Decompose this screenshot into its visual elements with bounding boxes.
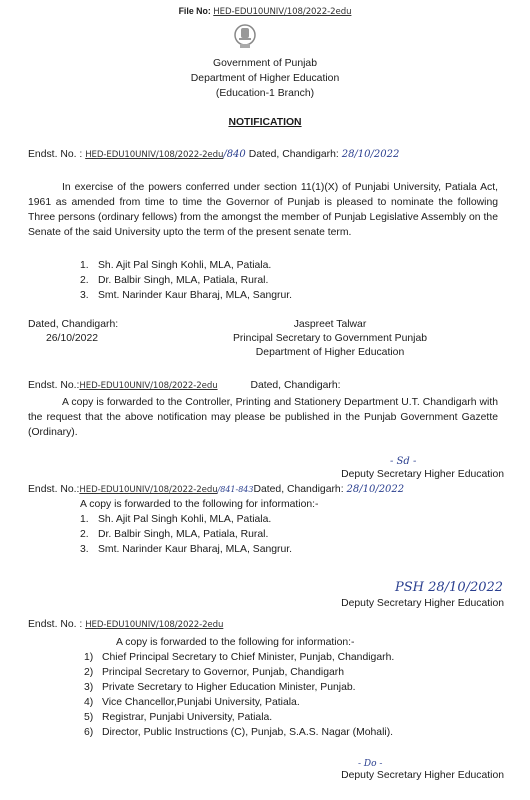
notification-body: In exercise of the powers conferred unde…: [28, 180, 498, 240]
list-item: 6)Director, Public Instructions (C), Pun…: [84, 727, 393, 738]
sd-mark: - Sd -: [390, 456, 416, 467]
handwritten-date: 28/10/2022: [342, 149, 400, 160]
file-ref: HED-EDU10UNIV/108/2022-2edu: [213, 7, 351, 17]
list-item: 3.Smt. Narinder Kaur Bharaj, MLA, Sangru…: [80, 544, 292, 555]
list-item: 3)Private Secretary to Higher Education …: [84, 682, 356, 693]
endst-line-1: Endst. No. : HED-EDU10UNIV/108/2022-2edu…: [28, 149, 399, 160]
org-line-3: (Education-1 Branch): [0, 88, 530, 99]
list-item: 2.Dr. Balbir Singh, MLA, Patiala, Rural.: [80, 275, 268, 286]
state-emblem-icon: [233, 22, 257, 50]
list-item: 1)Chief Principal Secretary to Chief Min…: [84, 652, 394, 663]
copy-intro-1: A copy is forwarded to the following for…: [80, 499, 319, 510]
endst-label: Endst. No. :: [28, 149, 82, 160]
endst-line-3: Endst. No.:HED-EDU10UNIV/108/2022-2edu/8…: [28, 484, 404, 495]
signatory-name: Jaspreet Talwar: [200, 319, 460, 330]
list-item: 5)Registrar, Punjabi University, Patiala…: [84, 712, 272, 723]
endst-line-4: Endst. No. : HED-EDU10UNIV/108/2022-2edu: [28, 619, 223, 630]
signatory-department: Department of Higher Education: [200, 347, 460, 358]
signoff-dated-label: Dated, Chandigarh:: [28, 319, 118, 330]
list-item: 4)Vice Chancellor,Punjabi University, Pa…: [84, 697, 300, 708]
list-item: 1.Sh. Ajit Pal Singh Kohli, MLA, Patiala…: [80, 514, 271, 525]
copy-intro-2: A copy is forwarded to the following for…: [116, 637, 355, 648]
deputy-secretary-1: Deputy Secretary Higher Education: [300, 469, 504, 480]
list-item: 2.Dr. Balbir Singh, MLA, Patiala, Rural.: [80, 529, 268, 540]
list-item: 1.Sh. Ajit Pal Singh Kohli, MLA, Patiala…: [80, 260, 271, 271]
file-label: File No:: [179, 6, 211, 16]
signatory-designation: Principal Secretary to Government Punjab: [200, 333, 460, 344]
org-line-1: Government of Punjab: [0, 58, 530, 69]
handwritten-number: /840: [223, 149, 245, 160]
gazette-request: A copy is forwarded to the Controller, P…: [28, 395, 498, 440]
document-title: NOTIFICATION: [228, 117, 301, 128]
signoff-date: 26/10/2022: [46, 333, 98, 344]
deputy-secretary-2: Deputy Secretary Higher Education: [300, 598, 504, 609]
list-item: 2)Principal Secretary to Governor, Punja…: [84, 667, 344, 678]
endst-ref: HED-EDU10UNIV/108/2022-2edu: [85, 150, 223, 160]
dated-label: Dated, Chandigarh:: [249, 149, 339, 160]
org-line-2: Department of Higher Education: [0, 73, 530, 84]
do-mark: - Do -: [358, 759, 382, 769]
deputy-secretary-3: Deputy Secretary Higher Education: [300, 770, 504, 781]
list-item: 3.Smt. Narinder Kaur Bharaj, MLA, Sangru…: [80, 290, 292, 301]
handwritten-signature: PSH 28/10/2022: [395, 580, 503, 595]
endst-line-2: Endst. No.:HED-EDU10UNIV/108/2022-2edu D…: [28, 380, 341, 391]
file-number: File No: HED-EDU10UNIV/108/2022-2edu: [0, 6, 530, 17]
